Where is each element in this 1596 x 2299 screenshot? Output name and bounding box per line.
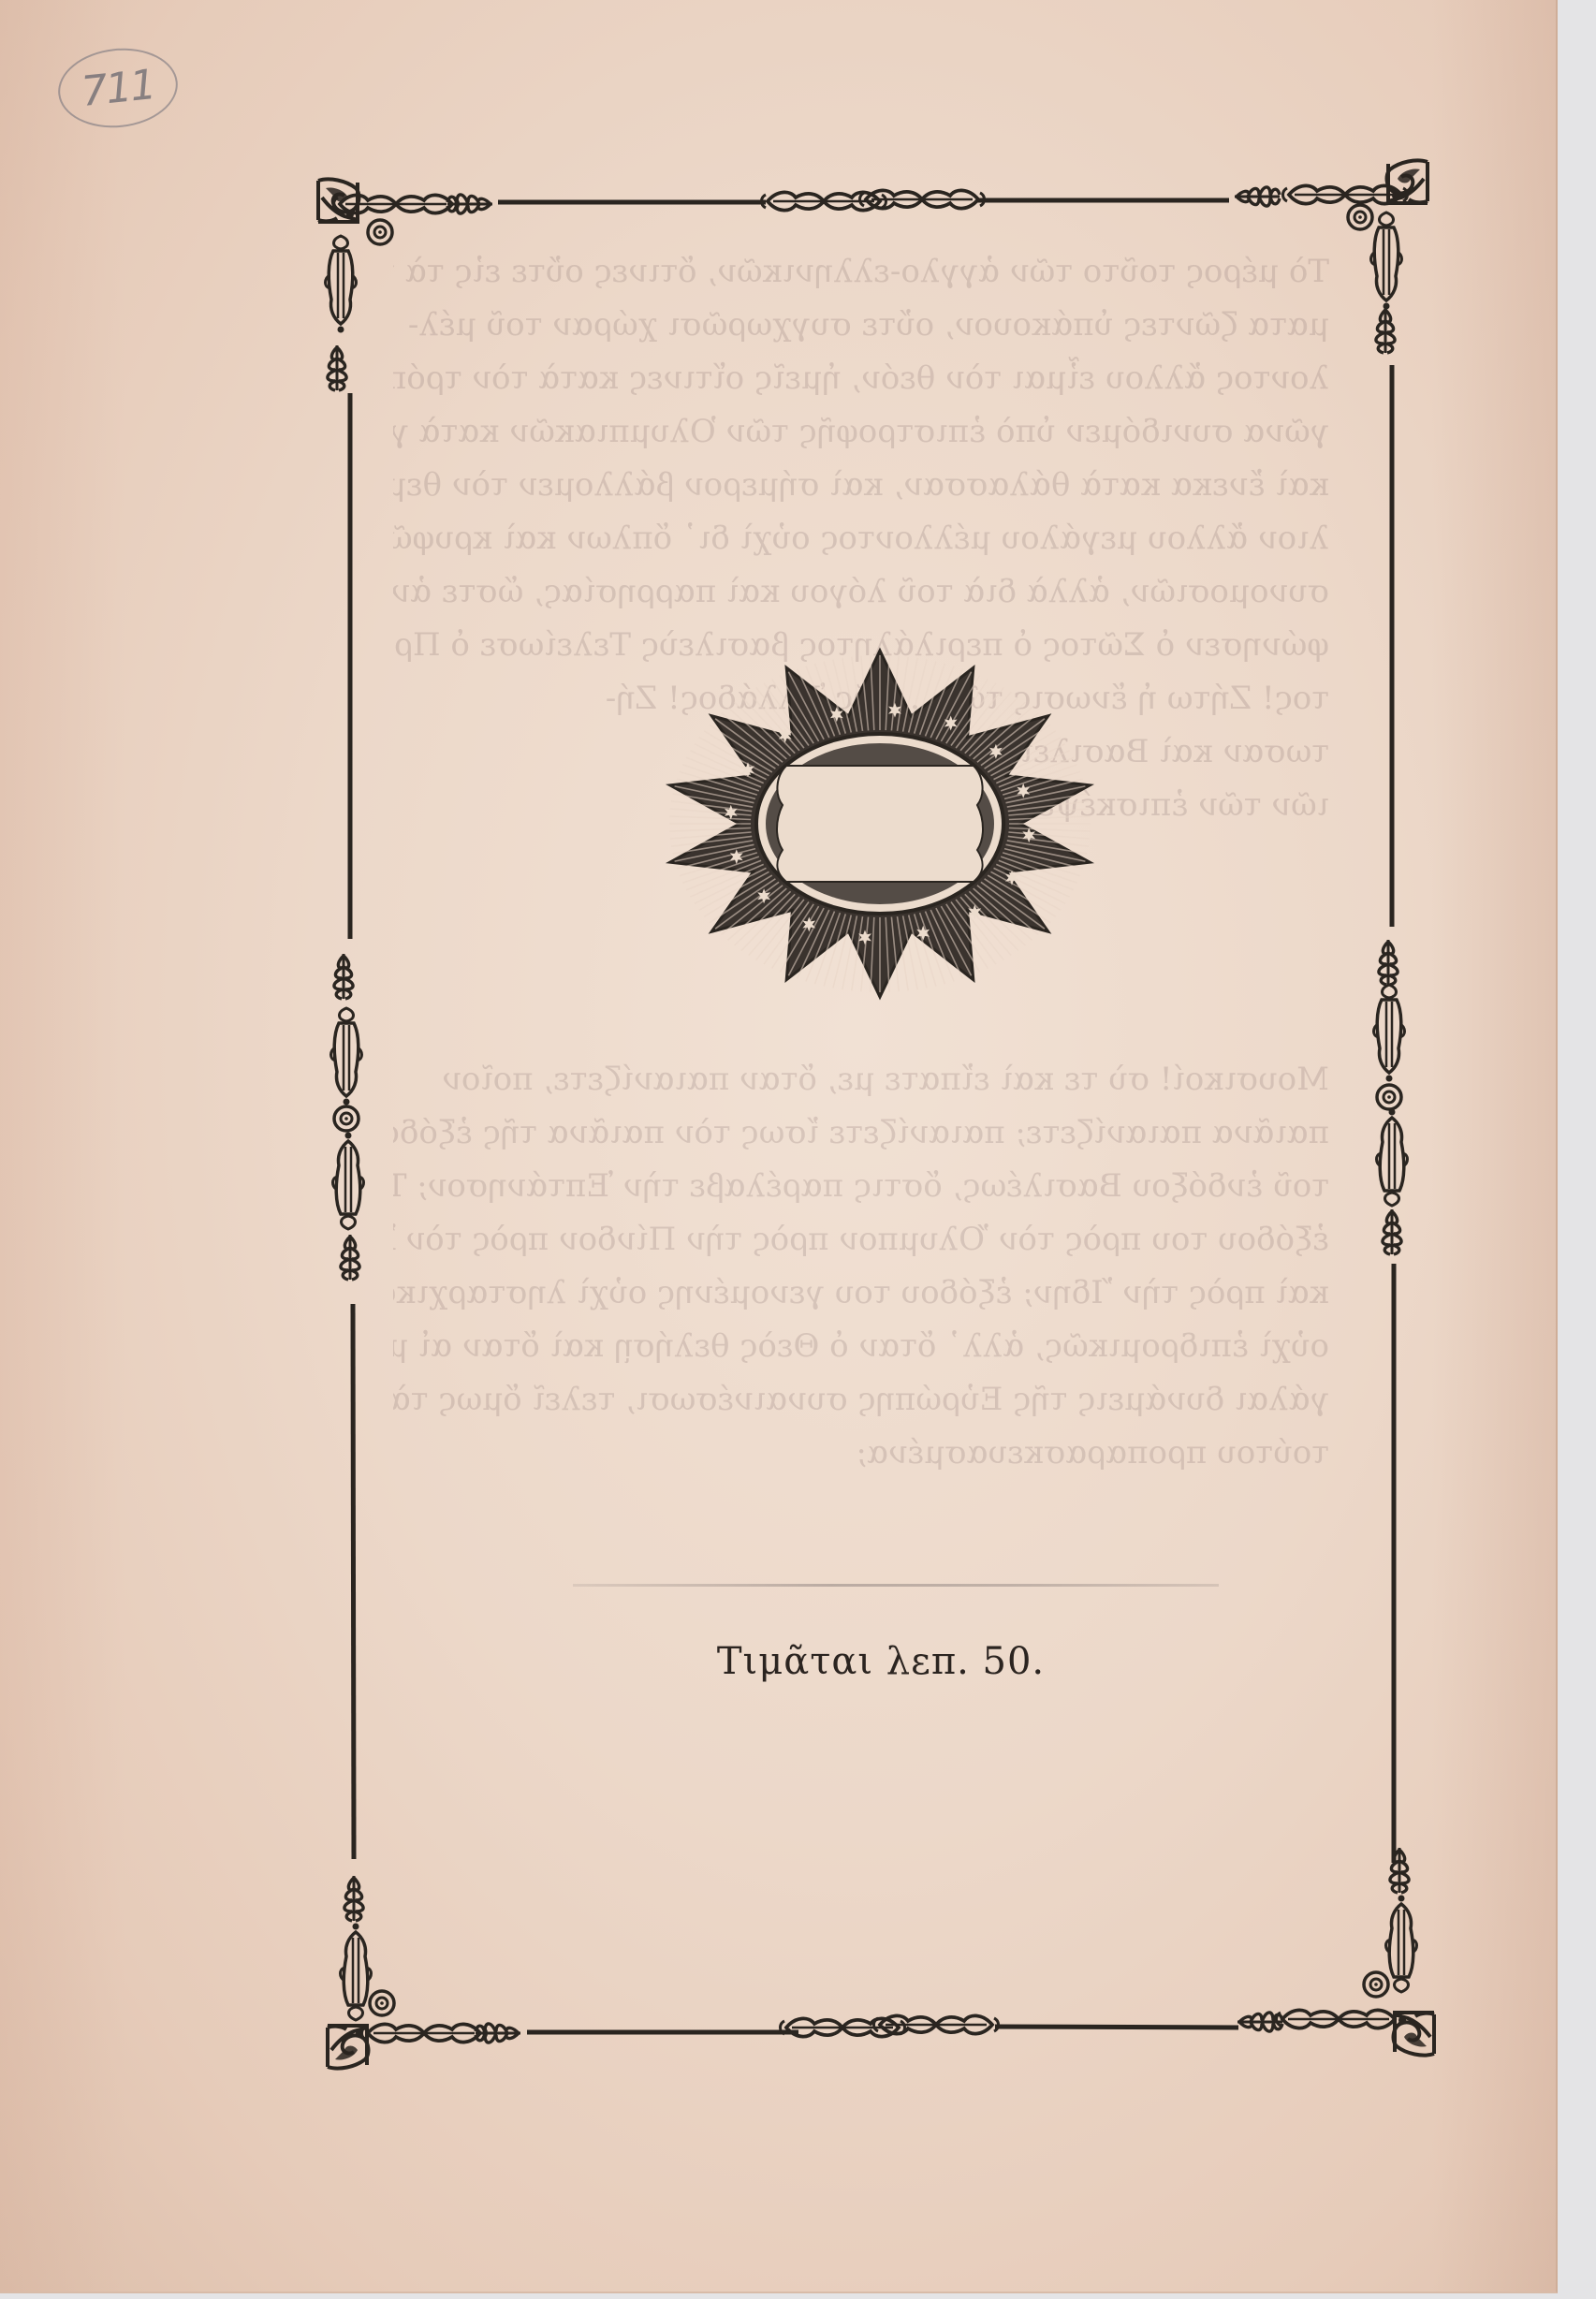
corner-ornament-bottom-left	[326, 1876, 520, 2069]
corner-ornament-bottom-right	[1237, 1848, 1436, 2056]
decorative-border-frame	[0, 0, 1596, 2299]
left-middle-ornament	[331, 954, 364, 1280]
corner-ornament-top-right	[1235, 160, 1429, 353]
faint-divider-rule	[573, 1584, 1219, 1587]
top-center-ornament	[762, 190, 985, 210]
frame-lines	[350, 200, 1394, 2032]
corner-ornament-top-left	[316, 179, 492, 390]
starburst-emblem	[655, 646, 1105, 1002]
bottom-center-ornament	[781, 2015, 999, 2036]
oval-cartouche-inner	[777, 766, 983, 882]
right-middle-ornament	[1374, 940, 1408, 1254]
price-line: Τιμᾶται λεπ. 50.	[0, 1640, 1596, 1683]
